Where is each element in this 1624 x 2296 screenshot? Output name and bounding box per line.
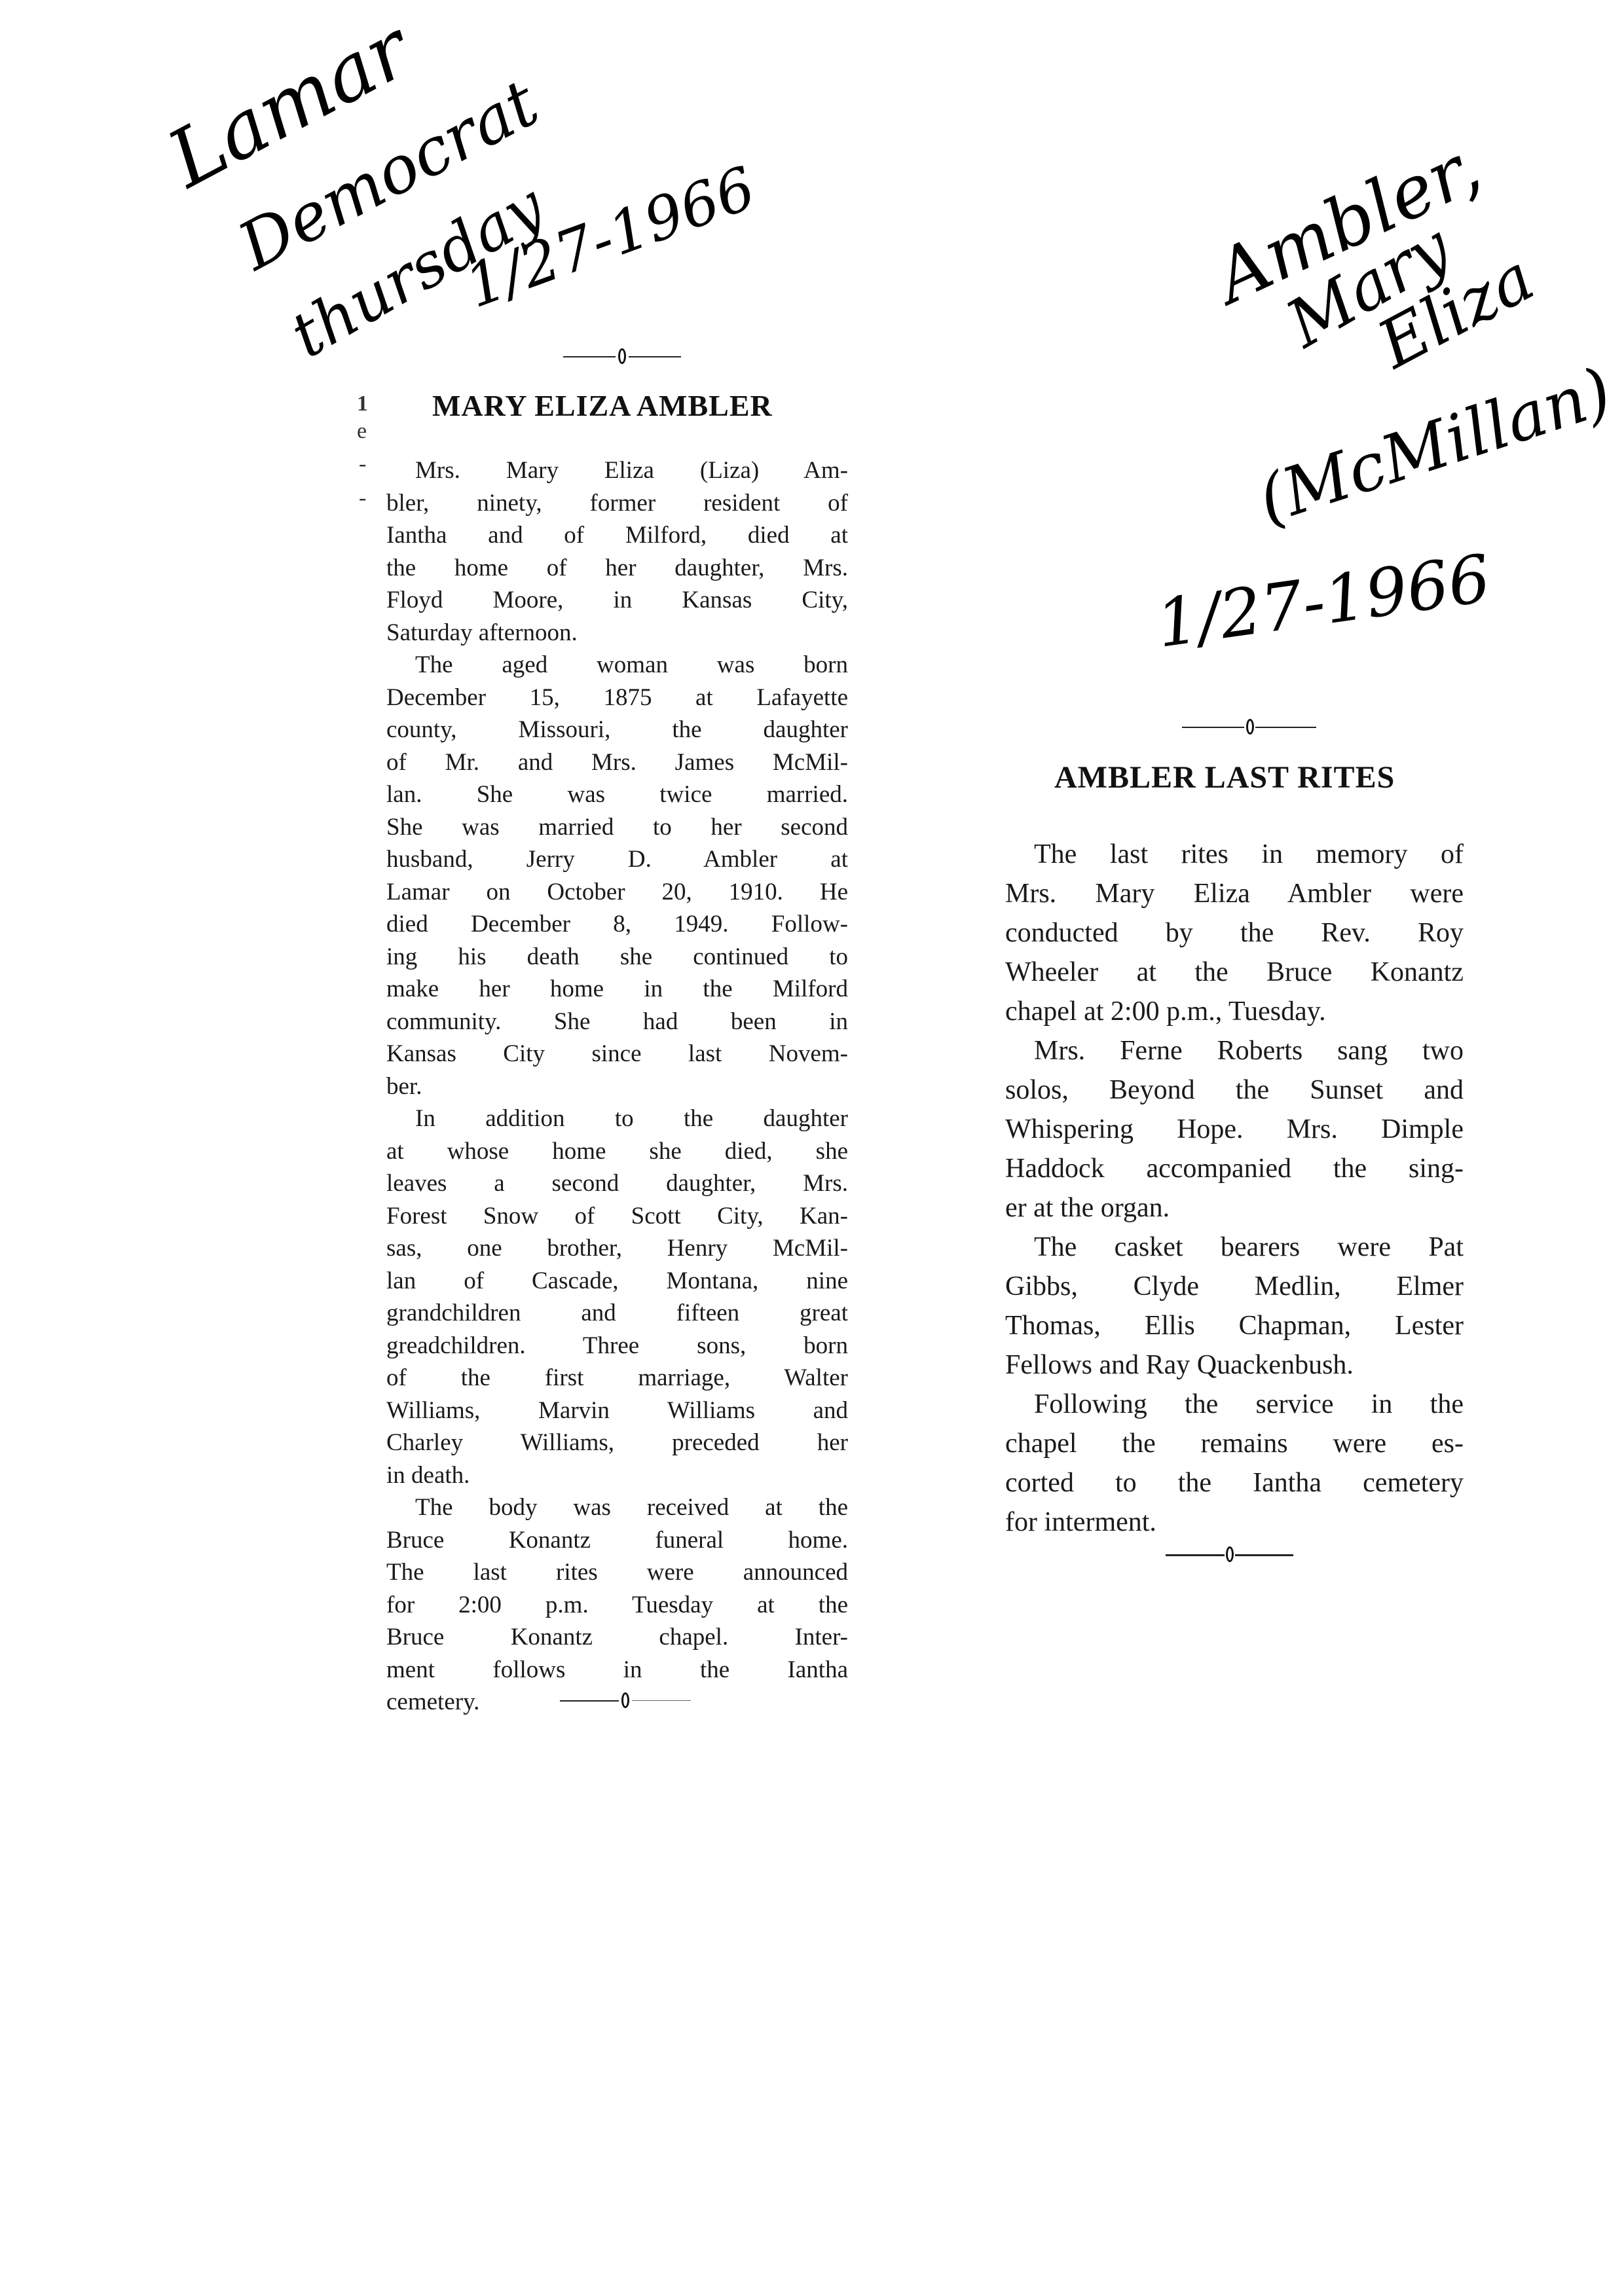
article-line: corted to the Iantha cemetery: [1005, 1463, 1464, 1503]
article-line: of Mr. and Mrs. James McMil-: [386, 746, 848, 779]
article-headline: MARY ELIZA AMBLER: [432, 388, 773, 423]
article-line: ing his death she continued to: [386, 941, 848, 974]
article-line: Lamar on October 20, 1910. He: [386, 876, 848, 909]
article-line: at whose home she died, she: [386, 1135, 848, 1168]
article-line: Fellows and Ray Quackenbush.: [1005, 1345, 1464, 1385]
article-line: leaves a second daughter, Mrs.: [386, 1167, 848, 1200]
article-line: Wheeler at the Bruce Konantz: [1005, 953, 1464, 992]
article-line: husband, Jerry D. Ambler at: [386, 843, 848, 876]
article-line: chapel the remains were es-: [1005, 1424, 1464, 1463]
article-line: greadchildren. Three sons, born: [386, 1330, 848, 1362]
article-line: Mrs. Ferne Roberts sang two: [1005, 1031, 1464, 1070]
article-body: Mrs. Mary Eliza (Liza) Am-bler, ninety, …: [386, 454, 848, 1719]
article-line: Charley Williams, preceded her: [386, 1427, 848, 1459]
article-line: lan. She was twice married.: [386, 778, 848, 811]
article-line: Whispering Hope. Mrs. Dimple: [1005, 1110, 1464, 1149]
handwritten-name-note: Ambler, Mary Eliza (McMillan): [1179, 131, 1624, 524]
article-line: Saturday afternoon.: [386, 617, 848, 649]
handwritten-date-right: 1/27-1966: [1153, 546, 1494, 657]
margin-mark: 1: [357, 392, 368, 416]
handwritten-line-maiden-name: (McMillan): [1251, 358, 1619, 534]
article-line: of the first marriage, Walter: [386, 1362, 848, 1394]
article-line: December 15, 1875 at Lafayette: [386, 682, 848, 714]
article-line: bler, ninety, former resident of: [386, 487, 848, 520]
article-line: Following the service in the: [1005, 1385, 1464, 1424]
article-line: She was married to her second: [386, 811, 848, 844]
article-line: Haddock accompanied the sing-: [1005, 1149, 1464, 1188]
divider-ornament: [563, 347, 681, 367]
article-line: community. She had been in: [386, 1006, 848, 1038]
article-line: Forest Snow of Scott City, Kan-: [386, 1200, 848, 1233]
handwritten-source-note: Lamar Democrat thursday 1/27-1966: [157, 111, 694, 347]
article-line: died December 8, 1949. Follow-: [386, 908, 848, 941]
article-line: ment follows in the Iantha: [386, 1654, 848, 1686]
article-line: Mrs. Mary Eliza Ambler were: [1005, 874, 1464, 913]
margin-mark: -: [359, 486, 366, 511]
article-line: lan of Cascade, Montana, nine: [386, 1265, 848, 1298]
article-line: The body was received at the: [386, 1491, 848, 1524]
article-line: The last rites were announced: [386, 1556, 848, 1589]
article-line: county, Missouri, the daughter: [386, 714, 848, 746]
article-body: The last rites in memory ofMrs. Mary Eli…: [1005, 835, 1464, 1542]
article-line: chapel at 2:00 p.m., Tuesday.: [1005, 992, 1464, 1031]
margin-mark: e: [357, 419, 367, 444]
article-line: Kansas City since last Novem-: [386, 1038, 848, 1070]
divider-ornament: [1182, 718, 1316, 737]
article-line: Floyd Moore, in Kansas City,: [386, 584, 848, 617]
article-line: sas, one brother, Henry McMil-: [386, 1232, 848, 1265]
article-line: Williams, Marvin Williams and: [386, 1394, 848, 1427]
article-line: Bruce Konantz funeral home.: [386, 1524, 848, 1557]
article-line: Gibbs, Clyde Medlin, Elmer: [1005, 1267, 1464, 1306]
article-line: ber.: [386, 1070, 848, 1103]
article-line: The casket bearers were Pat: [1005, 1228, 1464, 1267]
article-line: make her home in the Milford: [386, 973, 848, 1006]
article-line: Mrs. Mary Eliza (Liza) Am-: [386, 454, 848, 487]
article-line: The last rites in memory of: [1005, 835, 1464, 874]
article-line: In addition to the daughter: [386, 1102, 848, 1135]
article-line: for 2:00 p.m. Tuesday at the: [386, 1589, 848, 1622]
margin-mark: -: [359, 452, 366, 477]
article-line: the home of her daughter, Mrs.: [386, 552, 848, 585]
article-line: Bruce Konantz chapel. Inter-: [386, 1621, 848, 1654]
divider-ornament: [1166, 1545, 1293, 1565]
article-line: Thomas, Ellis Chapman, Lester: [1005, 1306, 1464, 1345]
article-line: solos, Beyond the Sunset and: [1005, 1070, 1464, 1110]
article-line: er at the organ.: [1005, 1188, 1464, 1228]
article-line: The aged woman was born: [386, 649, 848, 682]
article-headline: AMBLER LAST RITES: [1054, 759, 1395, 795]
article-line: in death.: [386, 1459, 848, 1492]
article-line: Iantha and of Milford, died at: [386, 519, 848, 552]
article-line: for interment.: [1005, 1503, 1464, 1542]
article-line: grandchildren and fifteen great: [386, 1297, 848, 1330]
article-line: conducted by the Rev. Roy: [1005, 913, 1464, 953]
divider-ornament: [560, 1691, 691, 1711]
